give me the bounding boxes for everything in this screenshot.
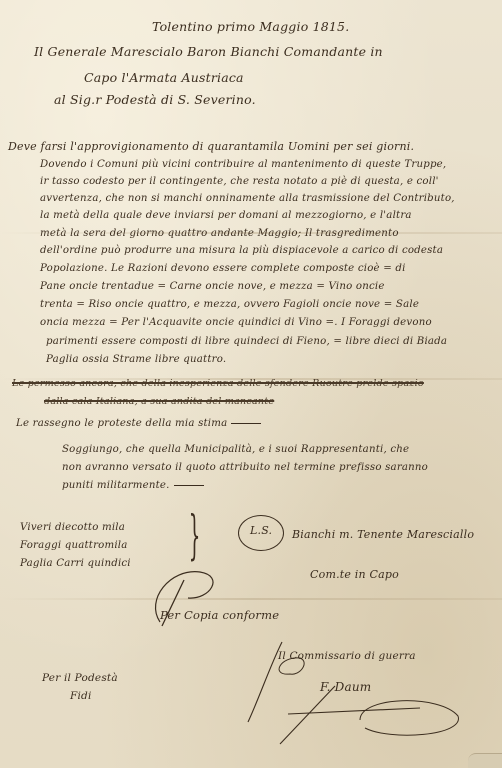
dash-flourish — [231, 423, 261, 424]
sender-line-2: Capo l'Armata Austriaca — [84, 70, 244, 85]
struck-line: Le permesso ancora, che della inesperien… — [12, 378, 424, 389]
letter-page: Tolentino primo Maggio 1815. Il Generale… — [0, 0, 502, 768]
body-line: trenta = Riso oncie quattro, e mezza, ov… — [40, 299, 419, 310]
body-line: Popolazione. Le Razioni devono essere co… — [40, 263, 406, 274]
podesta-note-line-2: Fidi — [70, 690, 92, 702]
body-line: Dovendo i Comuni più vicini contribuire … — [40, 159, 446, 170]
seal-text: L.S. — [250, 524, 272, 537]
signature-line-2: Com.te in Capo — [310, 568, 399, 581]
body-line: metà la sera del giorno quattro andante … — [40, 228, 399, 239]
body-line: Deve farsi l'approvigionamento di quaran… — [8, 140, 414, 153]
closing-text: Le rassegno le proteste della mia stima — [16, 418, 227, 429]
dash-flourish — [174, 485, 204, 486]
body-line: dell'ordine può produrre una misura la p… — [40, 245, 443, 256]
closing: Le rassegno le proteste della mia stima — [16, 418, 261, 429]
recipient: al Sig.r Podestà di S. Severino. — [54, 92, 256, 107]
postscript-line: non avranno versato il quoto attribuito … — [62, 462, 428, 473]
copy-note: Per Copia conforme — [160, 608, 279, 622]
contingent-item: Foraggi quattromila — [20, 540, 128, 551]
body-line: Pane oncie trentadue = Carne oncie nove,… — [40, 281, 385, 292]
body-line: oncia mezza = Per l'Acquavite oncie quin… — [40, 317, 432, 328]
postscript-text: puniti militarmente. — [62, 480, 170, 491]
paper-corner — [468, 753, 502, 768]
body-line: ir tasso codesto per il contingente, che… — [40, 176, 439, 187]
struck-line: dalla cala Italiana, a sua andita del ma… — [44, 396, 274, 407]
body-line: parimenti essere composti di libre quind… — [46, 336, 447, 347]
contingent-item: Viveri diecotto mila — [20, 522, 125, 533]
postscript-line: Soggiungo, che quella Municipalità, e i … — [62, 444, 409, 455]
postscript-line: puniti militarmente. — [62, 480, 204, 491]
brace-mark: } — [189, 506, 201, 566]
podesta-note-line-1: Per il Podestà — [42, 672, 118, 684]
body-line: la metà della quale deve inviarsi per do… — [40, 210, 412, 221]
body-line: Paglia ossia Strame libre quattro. — [46, 354, 226, 365]
contingent-item: Paglia Carri quindici — [20, 558, 131, 569]
body-line: avvertenza, che non si manchi onninament… — [40, 193, 455, 204]
signature-flourish-icon — [240, 636, 470, 746]
sender-line-1: Il Generale Marescialo Baron Bianchi Com… — [34, 44, 383, 59]
paper-fold — [0, 598, 502, 600]
signature-line-1: Bianchi m. Tenente Maresciallo — [292, 528, 474, 541]
place-date: Tolentino primo Maggio 1815. — [152, 19, 349, 34]
